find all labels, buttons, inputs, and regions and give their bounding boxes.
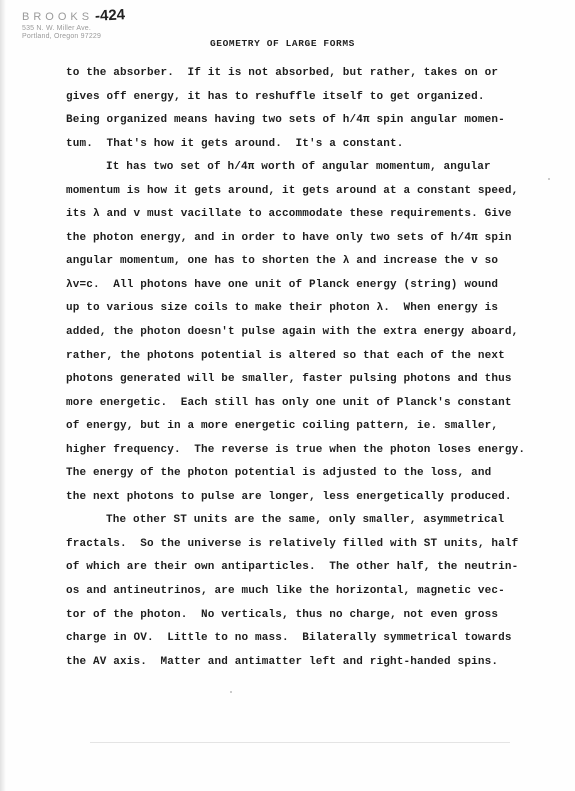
text-line: os and antineutrinos, are much like the … — [66, 580, 536, 604]
document-page: BROOKS-424 535 N. W. Miller Ave. Portlan… — [0, 0, 575, 791]
stamp-address-line-1: 535 N. W. Miller Ave. — [22, 25, 125, 32]
stamp-address-line-2: Portland, Oregon 97229 — [22, 33, 125, 40]
text-line: the AV axis. Matter and antimatter left … — [66, 651, 536, 675]
text-line: angular momentum, one has to shorten the… — [66, 250, 536, 274]
text-line: fractals. So the universe is relatively … — [66, 533, 536, 557]
text-line: of energy, but in a more energetic coili… — [66, 415, 536, 439]
text-line: The energy of the photon potential is ad… — [66, 462, 536, 486]
text-line: charge in OV. Little to no mass. Bilater… — [66, 627, 536, 651]
document-title: GEOMETRY OF LARGE FORMS — [210, 38, 355, 49]
text-line: photons generated will be smaller, faste… — [66, 368, 536, 392]
text-line: the photon energy, and in order to have … — [66, 227, 536, 251]
text-line: The other ST units are the same, only sm… — [66, 509, 536, 533]
text-line: tor of the photon. No verticals, thus no… — [66, 604, 536, 628]
text-line: more energetic. Each still has only one … — [66, 392, 536, 416]
text-line: It has two set of h/4π worth of angular … — [66, 156, 536, 180]
text-line: its λ and v must vacillate to accommodat… — [66, 203, 536, 227]
text-line: of which are their own antiparticles. Th… — [66, 556, 536, 580]
text-line: Being organized means having two sets of… — [66, 109, 536, 133]
handwritten-page-number: -424 — [95, 7, 126, 24]
scan-speck — [548, 178, 550, 180]
text-line: λv=c. All photons have one unit of Planc… — [66, 274, 536, 298]
text-line: tum. That's how it gets around. It's a c… — [66, 133, 536, 157]
text-line: the next photons to pulse are longer, le… — [66, 486, 536, 510]
text-line: higher frequency. The reverse is true wh… — [66, 439, 536, 463]
text-line: gives off energy, it has to reshuffle it… — [66, 86, 536, 110]
scan-artifact-line — [90, 742, 510, 743]
scan-edge-shadow — [0, 0, 6, 791]
text-line: to the absorber. If it is not absorbed, … — [66, 62, 536, 86]
text-line: momentum is how it gets around, it gets … — [66, 180, 536, 204]
text-line: added, the photon doesn't pulse again wi… — [66, 321, 536, 345]
document-body: to the absorber. If it is not absorbed, … — [66, 62, 536, 674]
address-stamp: BROOKS-424 535 N. W. Miller Ave. Portlan… — [22, 8, 125, 40]
scan-speck — [230, 691, 232, 693]
text-line: rather, the photons potential is altered… — [66, 345, 536, 369]
stamp-name: BROOKS — [22, 12, 93, 23]
text-line: up to various size coils to make their p… — [66, 297, 536, 321]
